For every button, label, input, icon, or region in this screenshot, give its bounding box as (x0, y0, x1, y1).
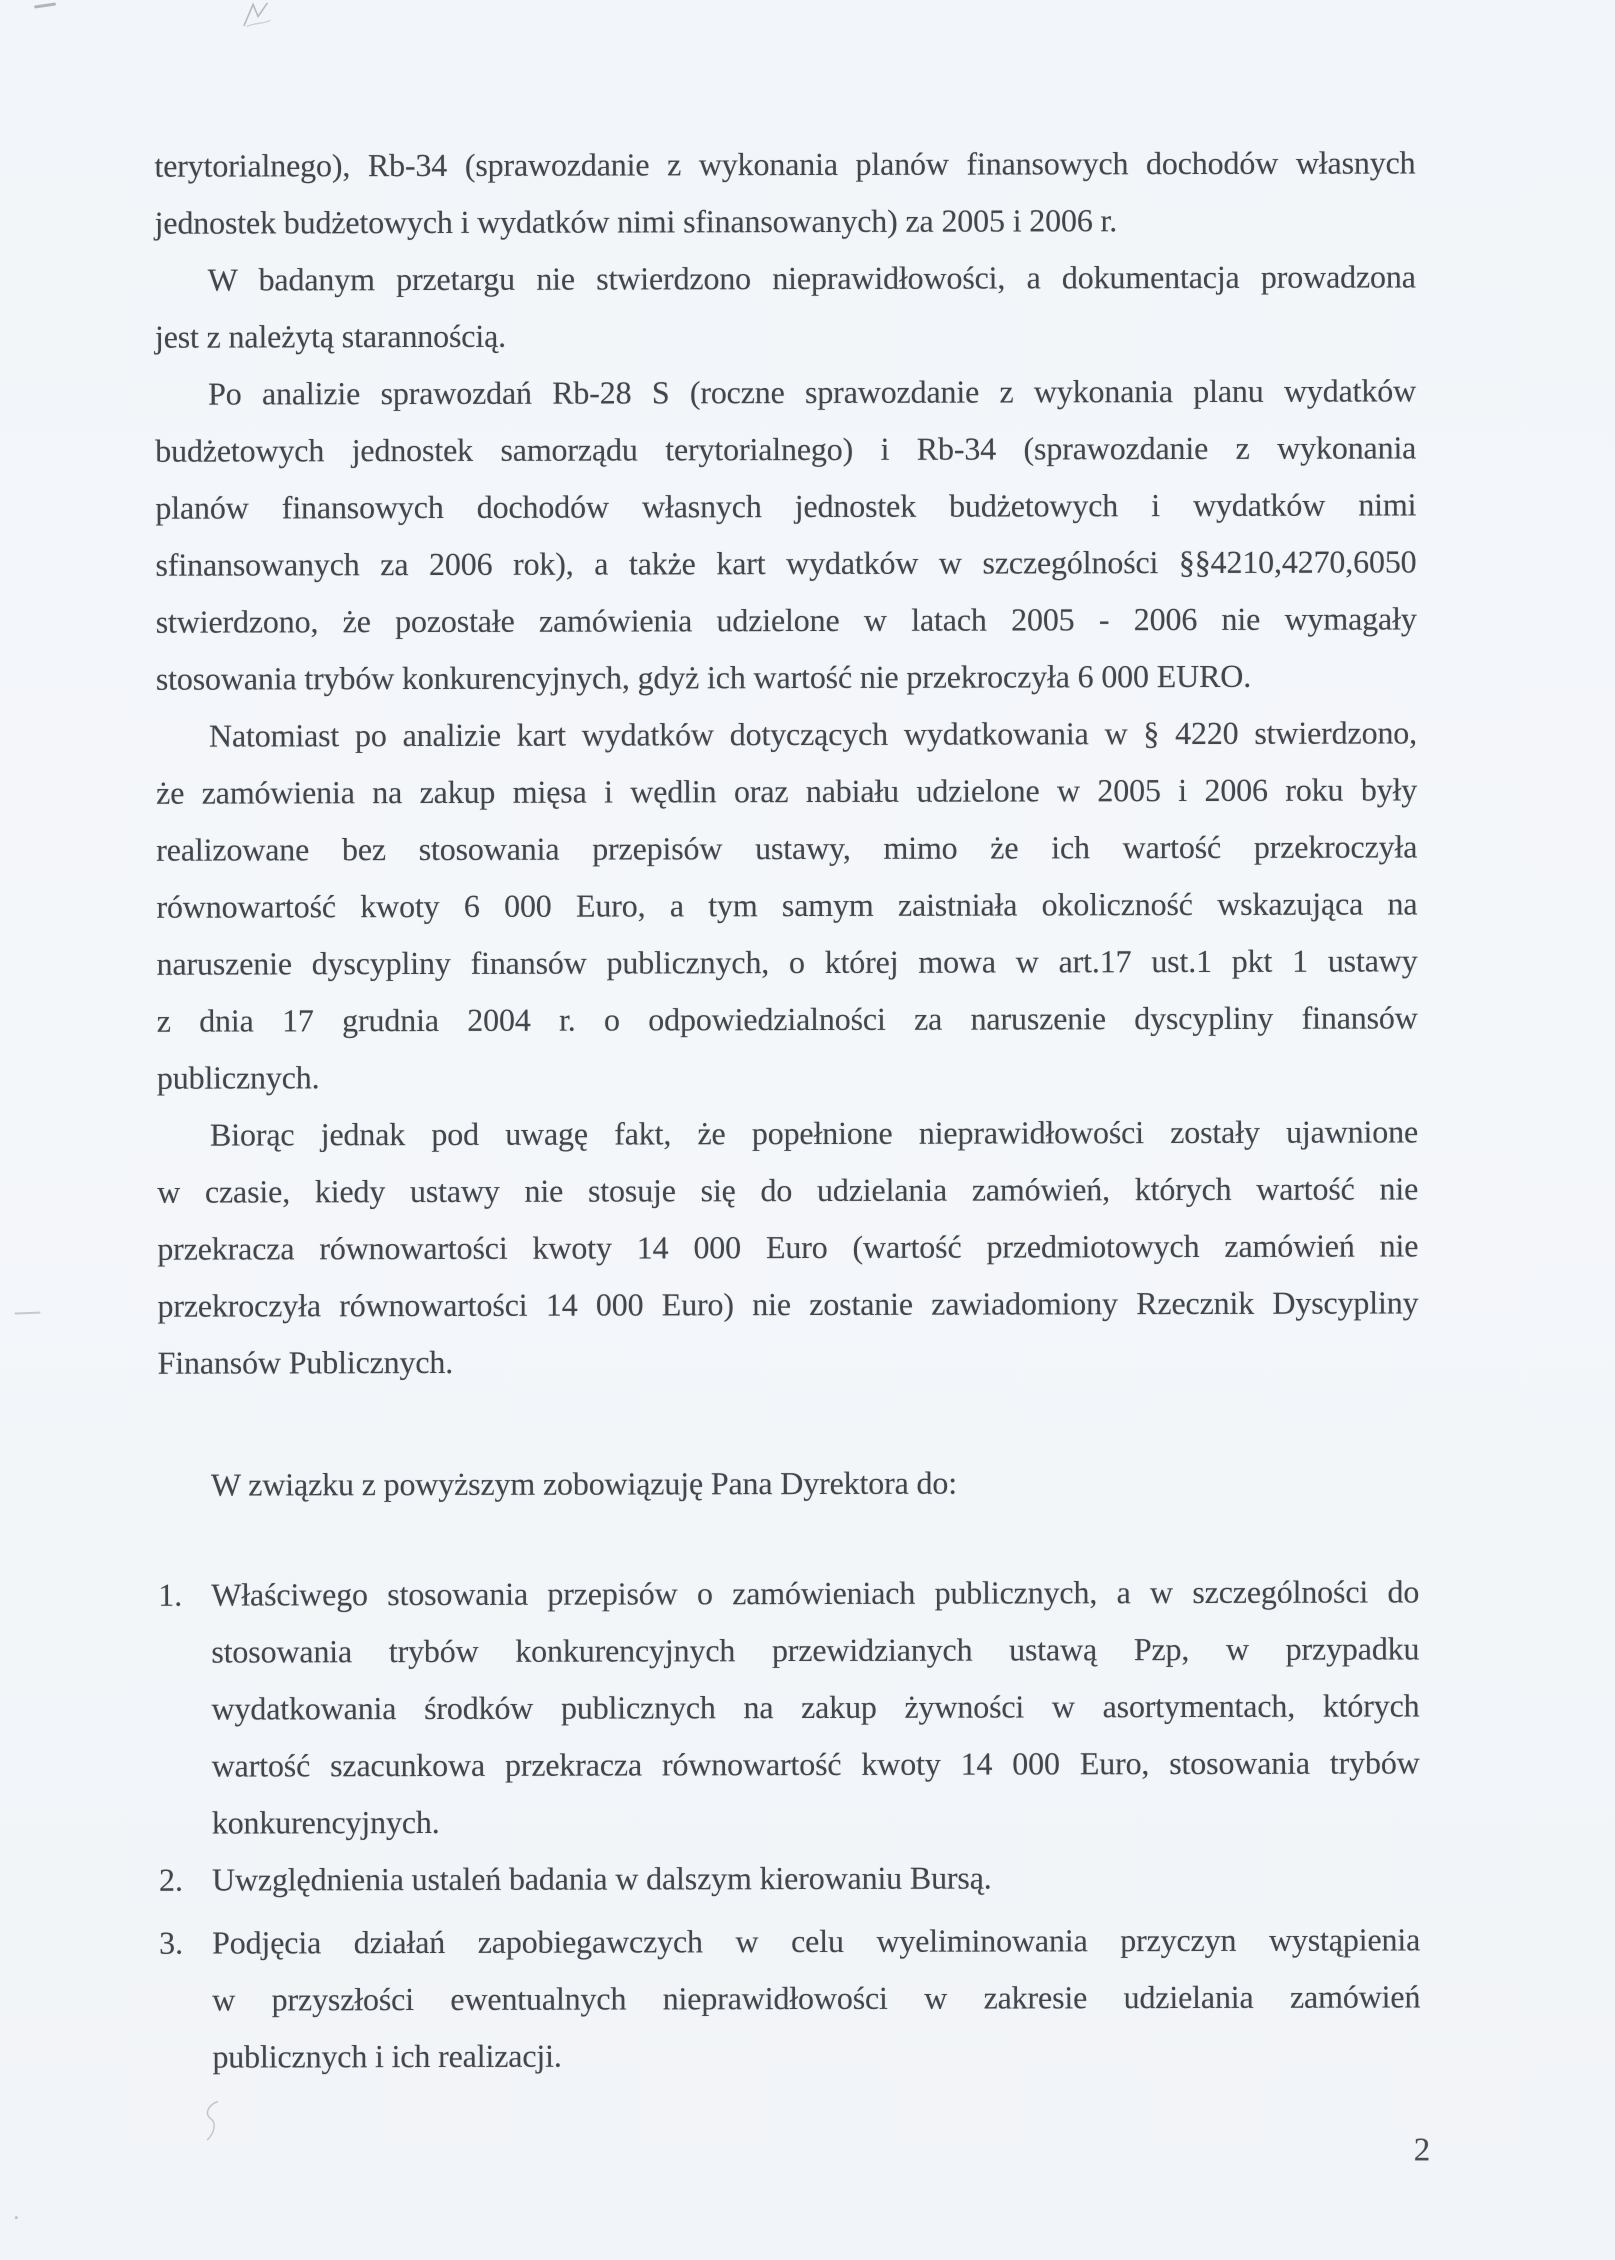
text-line: wydatkowania środków publicznych na zaku… (211, 1677, 1419, 1737)
text-line: sfinansowanych za 2006 rok), a także kar… (155, 533, 1416, 593)
text-line: jednostek budżetowych i wydatków nimi sf… (155, 191, 1416, 251)
text-line: stosowania trybów konkurencyjnych, gdyż … (156, 647, 1417, 707)
text-line: Właściwego stosowania przepisów o zamówi… (211, 1563, 1419, 1623)
paragraph: terytorialnego), Rb-34 (sprawozdanie z w… (154, 134, 1415, 251)
text-line: w czasie, kiedy ustawy nie stosuje się d… (157, 1160, 1418, 1220)
paper-sheet: terytorialnego), Rb-34 (sprawozdanie z w… (0, 0, 1615, 2260)
text-line: przekroczyła równowartości 14 000 Euro) … (157, 1274, 1418, 1334)
text-line: W badanym przetargu nie stwierdzono niep… (155, 248, 1416, 308)
page-number: 2 (1414, 2122, 1474, 2179)
pencil-scribble-mark (203, 2100, 223, 2142)
text-line: terytorialnego), Rb-34 (sprawozdanie z w… (154, 134, 1415, 194)
scanned-page: { "page": { "kind": "scanned official le… (0, 0, 1615, 2260)
text-line: naruszenie dyscypliny finansów publiczny… (156, 932, 1417, 992)
text-line: przekracza równowartości kwoty 14 000 Eu… (157, 1217, 1418, 1277)
text-line: stosowania trybów konkurencyjnych przewi… (211, 1620, 1419, 1680)
obligations-list: 1.Właściwego stosowania przepisów o zamó… (158, 1563, 1420, 2085)
obligation-item: 1.Właściwego stosowania przepisów o zamó… (158, 1563, 1420, 1851)
text-line: z dnia 17 grudnia 2004 r. o odpowiedzial… (157, 989, 1418, 1049)
text-line: stwierdzono, że pozostałe zamówienia udz… (156, 590, 1417, 650)
document-body: terytorialnego), Rb-34 (sprawozdanie z w… (154, 134, 1418, 1391)
obligation-item: 2.Uwzględnienia ustaleń badania w dalszy… (159, 1848, 1420, 1908)
list-item-number: 1. (158, 1567, 182, 1624)
list-item-number: 3. (159, 1915, 183, 1972)
text-line: Uwzględnienia ustaleń badania w dalszym … (212, 1848, 1420, 1908)
pencil-scribble-mark (241, 1, 275, 29)
text-line: że zamówienia na zakup mięsa i wędlin or… (156, 761, 1417, 821)
text-line: konkurencyjnych. (212, 1791, 1420, 1851)
pencil-dash-mark (14, 1312, 40, 1315)
list-item-number: 2. (159, 1852, 183, 1909)
text-line: realizowane bez stosowania przepisów ust… (156, 818, 1417, 878)
paragraph: Po analizie sprawozdań Rb-28 S (roczne s… (155, 362, 1417, 707)
text-line: w przyszłości ewentualnych nieprawidłowo… (212, 1968, 1420, 2028)
pencil-dash-mark (34, 2, 56, 8)
text-line: wartość szacunkowa przekracza równowarto… (212, 1734, 1420, 1794)
text-line: planów finansowych dochodów własnych jed… (155, 476, 1416, 536)
pencil-dot-mark (15, 2216, 18, 2219)
paragraph: W badanym przetargu nie stwierdzono niep… (155, 248, 1416, 365)
text-line: publicznych i ich realizacji. (212, 2025, 1420, 2085)
text-line: Biorąc jednak pod uwagę fakt, że popełni… (157, 1103, 1418, 1163)
text-line: W związku z powyższym zobowiązuję Pana D… (158, 1453, 1419, 1513)
paragraph: Biorąc jednak pod uwagę fakt, że popełni… (157, 1103, 1419, 1391)
paragraph: Natomiast po analizie kart wydatków doty… (156, 704, 1418, 1106)
text-line: równowartość kwoty 6 000 Euro, a tym sam… (156, 875, 1417, 935)
text-line: budżetowych jednostek samorządu terytori… (155, 419, 1416, 479)
text-line: Finansów Publicznych. (158, 1331, 1419, 1391)
text-line: Po analizie sprawozdań Rb-28 S (roczne s… (155, 362, 1416, 422)
obligation-item: 3.Podjęcia działań zapobiegawczych w cel… (159, 1911, 1420, 2085)
obligation-intro: W związku z powyższym zobowiązuję Pana D… (158, 1453, 1419, 1513)
text-line: Natomiast po analizie kart wydatków doty… (156, 704, 1417, 764)
text-line: jest z należytą starannością. (155, 305, 1416, 365)
text-line: publicznych. (157, 1046, 1418, 1106)
text-line: Podjęcia działań zapobiegawczych w celu … (212, 1911, 1420, 1971)
